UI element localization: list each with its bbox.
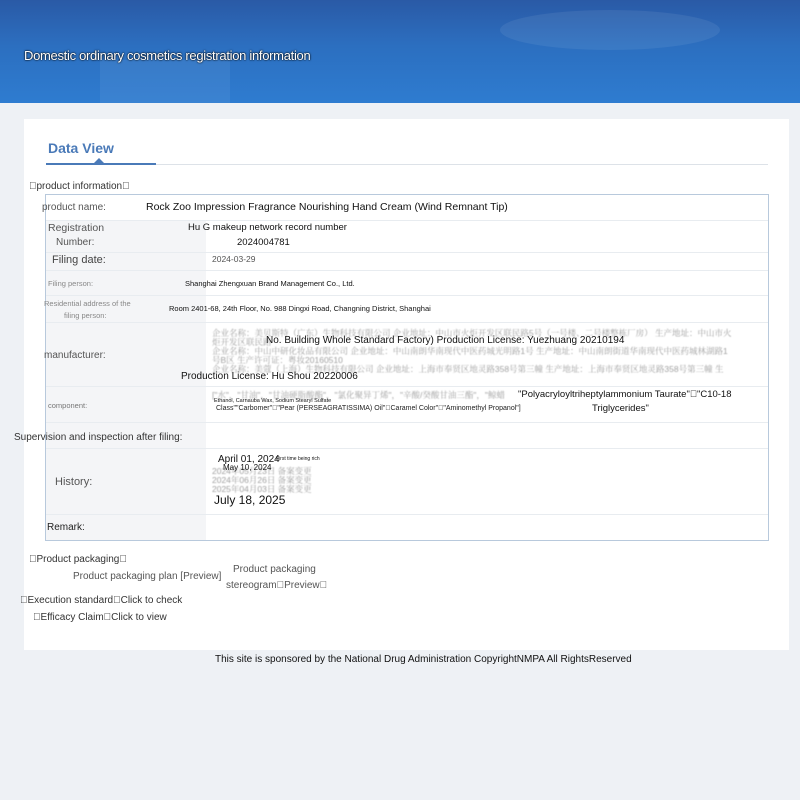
- remark-label: Remark:: [47, 522, 85, 533]
- component-label: component:: [48, 401, 87, 410]
- registration-label-line1: Registration: [48, 222, 104, 234]
- component-overlay-line1: "Polyacryloyltriheptylammonium Taurate" …: [518, 389, 732, 400]
- component-line2: Class""Carbomer" "Pear (PERSEAGRATISSIMA…: [216, 405, 521, 412]
- row-manufacturer: manufacturer: 企业名称：美贝斯特（广东）生物科技有限公司 企业地址…: [46, 323, 768, 387]
- packaging-stereogram-line1[interactable]: Product packaging: [233, 564, 316, 575]
- manufacturer-overlay-line1: No. Building Whole Standard Factory) Pro…: [266, 335, 624, 346]
- section-product-information:  product information : [29, 181, 130, 192]
- history-note: First time being rich: [276, 456, 320, 462]
- efficacy-claim-link[interactable]:  Efficacy Claim Click to view: [33, 612, 167, 623]
- footer-copyright: This site is sponsored by the National D…: [215, 654, 632, 665]
- history-date-3: July 18, 2025: [214, 493, 285, 507]
- packaging-stereogram-preview-link[interactable]: stereogram Preview : [226, 580, 327, 591]
- address-label-line2: filing person:: [64, 311, 107, 320]
- execution-standard-link[interactable]:  Execution standard Click to check: [20, 595, 182, 606]
- registration-value-line1: Hu G makeup network record number: [188, 222, 347, 233]
- address-label-line1: Residential address of the: [44, 299, 131, 308]
- filing-person-label: Filing person:: [48, 279, 93, 288]
- row-remark: Remark:: [46, 515, 768, 540]
- history-date-2: May 10, 2024: [223, 463, 271, 472]
- section-product-packaging:  Product packaging : [29, 554, 127, 565]
- caret-up-icon: [94, 158, 104, 163]
- registration-value-line2: 2024004781: [237, 237, 290, 248]
- row-supervision: Supervision and inspection after filing:: [46, 423, 768, 449]
- filing-person-value: Shanghai Zhengxuan Brand Management Co.,…: [185, 279, 355, 288]
- tab-data-view[interactable]: Data View: [48, 140, 114, 156]
- registration-label-line2: Number:: [56, 237, 94, 248]
- manufacturer-overlay-line2: Production License: Hu Shou 20220006: [181, 371, 358, 382]
- address-value: Room 2401-68, 24th Floor, No. 988 Dingxi…: [169, 304, 431, 313]
- supervision-label: Supervision and inspection after filing:: [14, 432, 182, 443]
- history-label: History:: [55, 476, 92, 488]
- row-history: History: 2024年05月23日 备案变更 2024年06月26日 备案…: [46, 449, 768, 515]
- product-name-value: Rock Zoo Impression Fragrance Nourishing…: [146, 201, 508, 213]
- row-registration-number: Registration Number: Hu G makeup network…: [46, 221, 768, 253]
- manufacturer-label: manufacturer:: [44, 350, 106, 361]
- row-residential-address: Residential address of the filing person…: [46, 296, 768, 323]
- filing-date-label: Filing date:: [52, 254, 106, 266]
- row-filing-date: Filing date: 2024-03-29: [46, 253, 768, 271]
- row-component: component: ["水"，"甘油"，"甘油硬脂酸酯"，"氯化聚异丁烯"，"…: [46, 387, 768, 423]
- component-overlay-line2: Triglycerides": [592, 403, 649, 414]
- product-info-table: product name: Rock Zoo Impression Fragra…: [45, 194, 769, 541]
- component-small-line: Ethanol, Carnauba Wax, Sodium Stearyl Su…: [214, 398, 331, 404]
- header-banner: Domestic ordinary cosmetics registration…: [0, 0, 800, 103]
- active-tab-indicator: [46, 163, 156, 165]
- row-product-name: product name: Rock Zoo Impression Fragra…: [46, 195, 768, 221]
- product-name-label: product name:: [42, 202, 106, 213]
- filing-date-value: 2024-03-29: [212, 254, 255, 264]
- page-title: Domestic ordinary cosmetics registration…: [24, 48, 310, 63]
- row-filing-person: Filing person: Shanghai Zhengxuan Brand …: [46, 271, 768, 296]
- packaging-plan-preview-link[interactable]: Product packaging plan [Preview]: [73, 571, 221, 582]
